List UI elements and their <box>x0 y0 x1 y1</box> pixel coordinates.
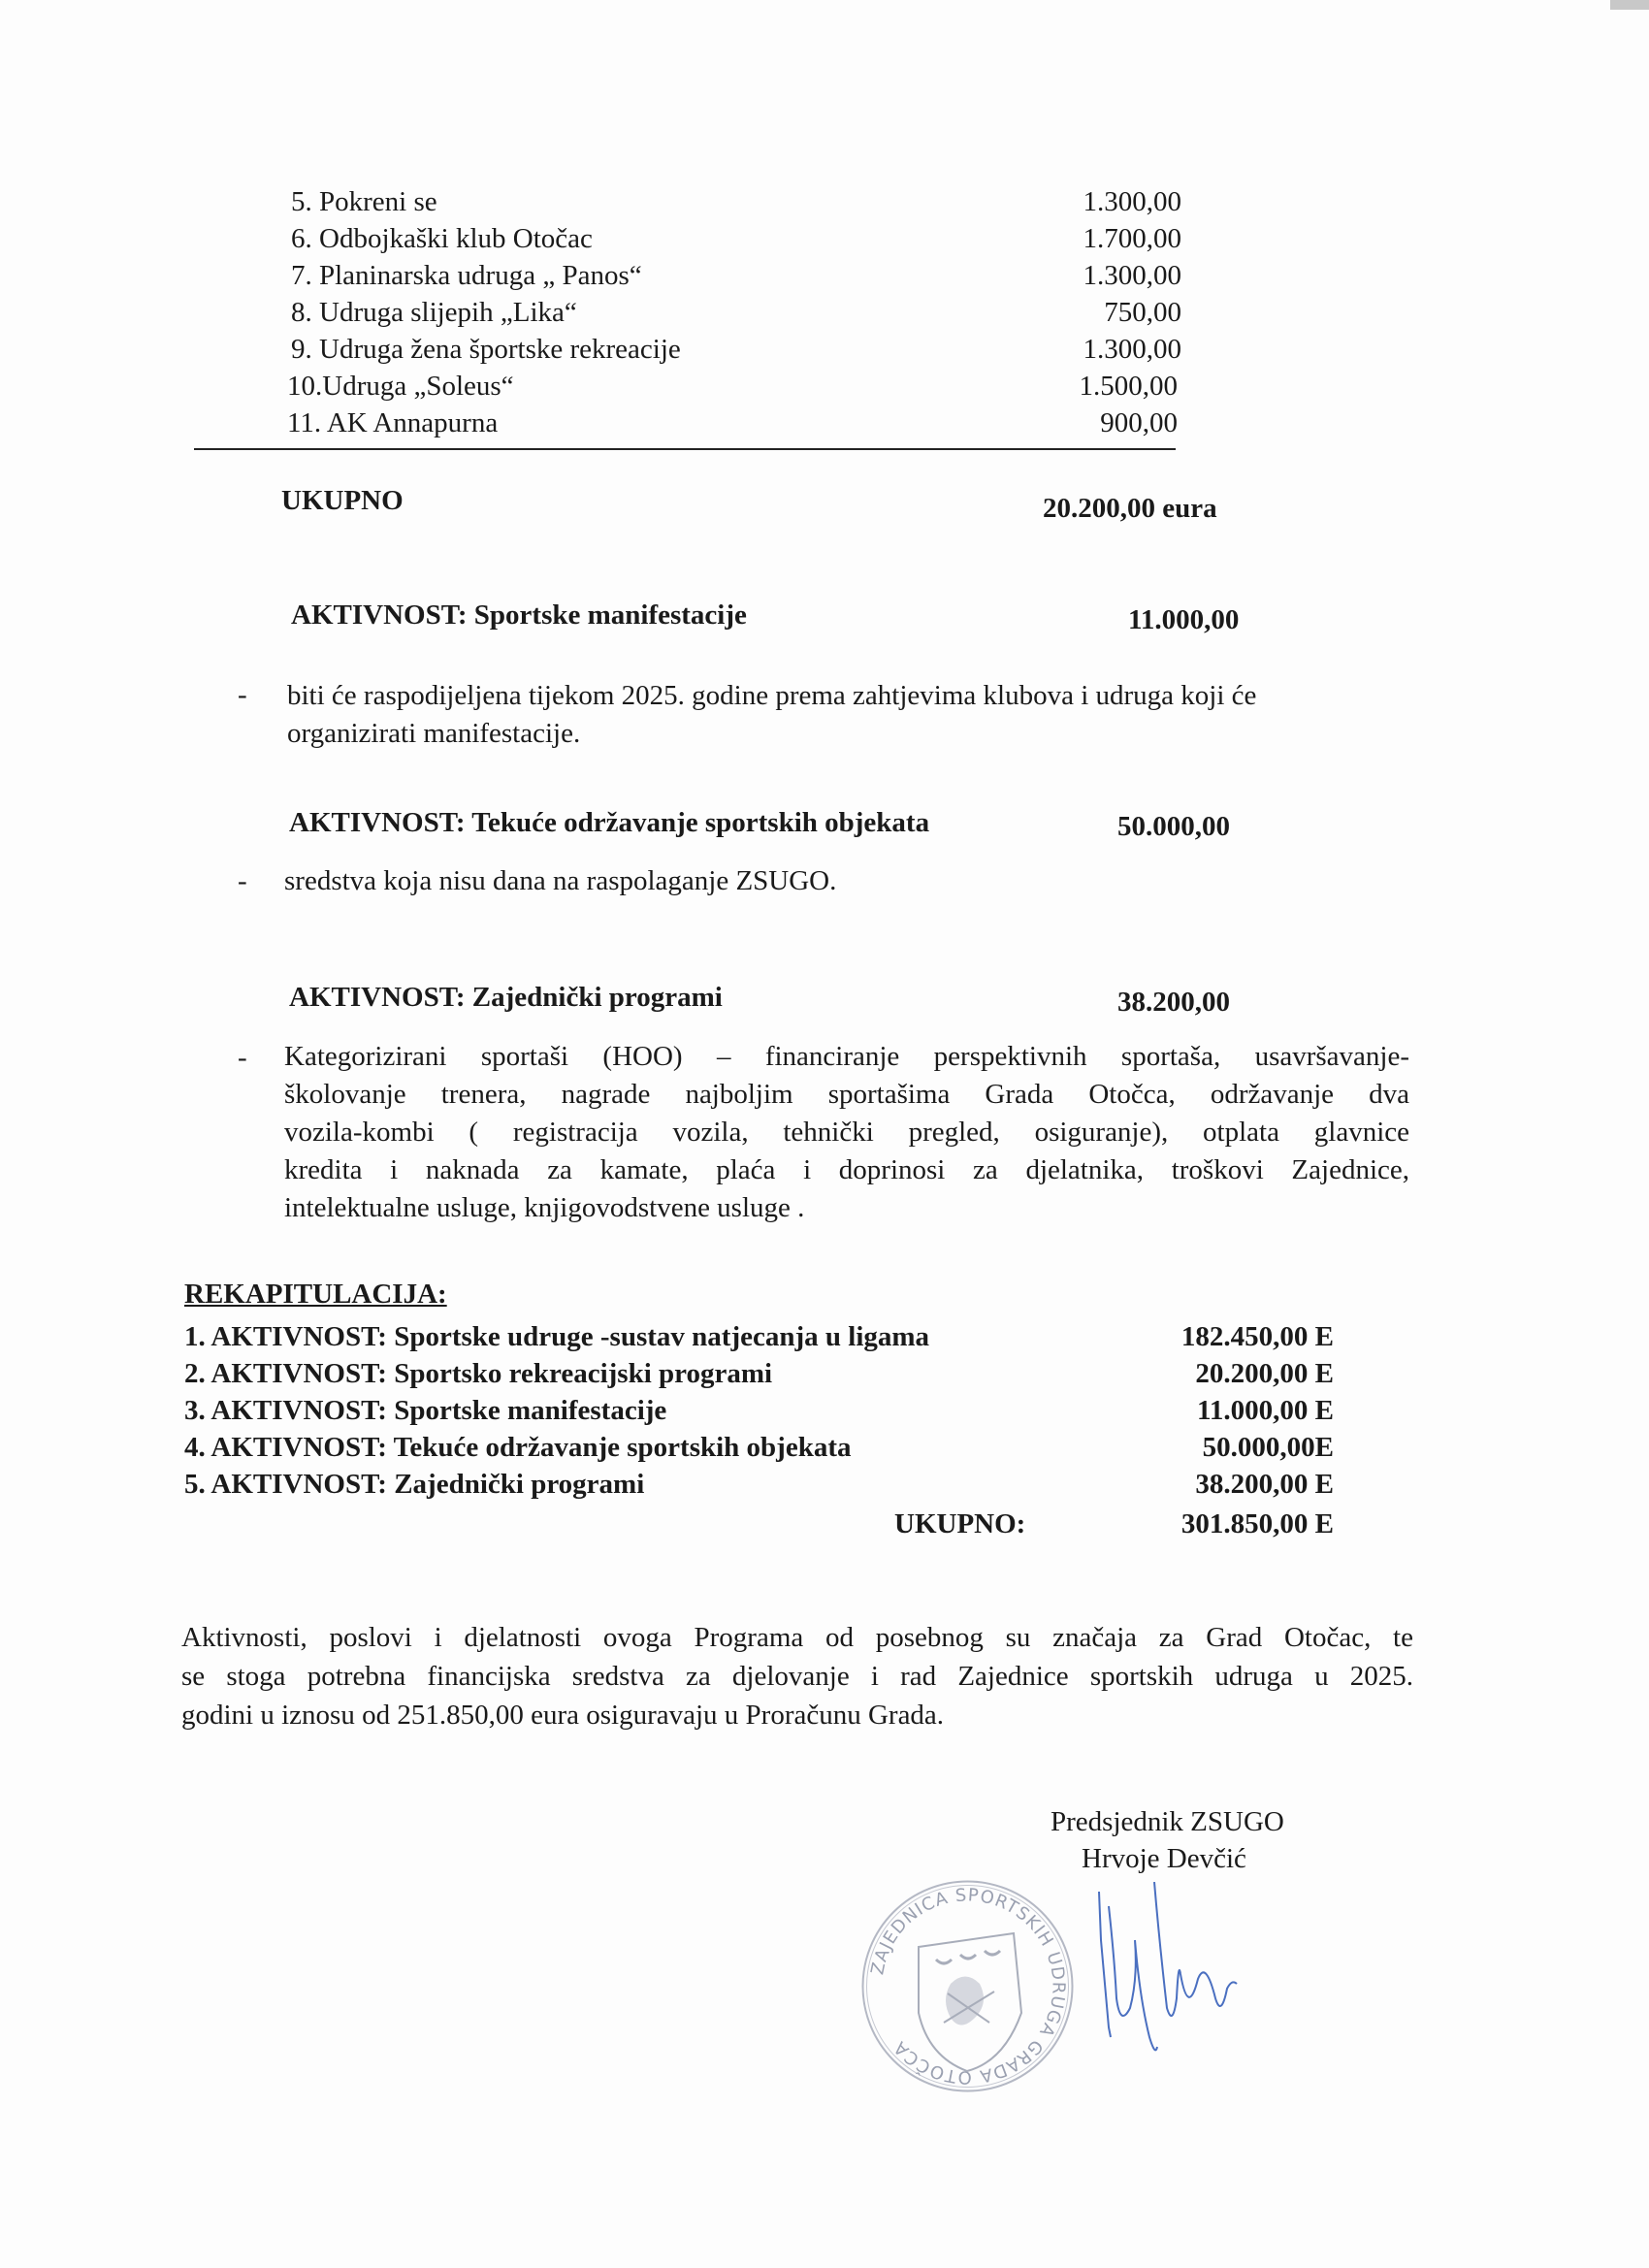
recap-amount: 20.200,00 E <box>1195 1358 1334 1390</box>
description-line: sredstva koja nisu dana na raspolaganje … <box>284 862 1409 900</box>
bullet-dash: - <box>238 679 247 711</box>
recap-amount: 182.450,00 E <box>1181 1321 1334 1353</box>
recap-row: 4. AKTIVNOST: Tekuće održavanje sportski… <box>184 1432 1334 1469</box>
recap-label: 4. AKTIVNOST: Tekuće održavanje sportski… <box>184 1432 852 1464</box>
item-amount: 900,00 <box>1100 407 1178 439</box>
recap-label: 5. AKTIVNOST: Zajednički programi <box>184 1469 644 1501</box>
item-amount: 1.300,00 <box>1083 186 1182 218</box>
item-amount: 1.300,00 <box>1083 260 1182 292</box>
description-line: intelektualne usluge, knjigovodstvene us… <box>284 1189 1409 1227</box>
item-label: 5. Pokreni se <box>291 186 437 218</box>
item-label: 10.Udruga „Soleus“ <box>287 371 514 403</box>
signatory-name: Hrvoje Devčić <box>1082 1843 1246 1875</box>
list-item: 10.Udruga „Soleus“ 1.500,00 <box>287 371 1178 407</box>
signatory-title: Predsjednik ZSUGO <box>1051 1806 1284 1838</box>
list-item: 11. AK Annapurna 900,00 <box>287 407 1178 444</box>
document-page: 5. Pokreni se 1.300,00 6. Odbojkaški klu… <box>0 0 1649 2268</box>
recap-amount: 50.000,00E <box>1203 1432 1334 1464</box>
closing-line: Aktivnosti, poslovi i djelatnosti ovoga … <box>181 1618 1413 1657</box>
recap-label: 3. AKTIVNOST: Sportske manifestacije <box>184 1395 666 1427</box>
item-amount: 1.700,00 <box>1083 223 1182 255</box>
recap-label: 1. AKTIVNOST: Sportske udruge -sustav na… <box>184 1321 929 1353</box>
item-label: 7. Planinarska udruga „ Panos“ <box>291 260 642 292</box>
item-amount: 750,00 <box>1104 297 1181 329</box>
items-total-label: UKUPNO <box>281 485 404 517</box>
closing-line: se stoga potrebna financijska sredstva z… <box>181 1657 1413 1696</box>
items-total-amount: 20.200,00 eura <box>1043 493 1217 525</box>
description-line: školovanje trenera, nagrade najboljim sp… <box>284 1076 1409 1114</box>
scan-edge <box>1610 0 1649 10</box>
recap-label: 2. AKTIVNOST: Sportsko rekreacijski prog… <box>184 1358 772 1390</box>
activity-title: AKTIVNOST: Tekuće održavanje sportskih o… <box>289 807 929 839</box>
description-line: biti će raspodijeljena tijekom 2025. god… <box>287 677 1412 715</box>
bullet-dash: - <box>238 1042 247 1074</box>
recap-title: REKAPITULACIJA: <box>184 1279 447 1311</box>
recap-total-label: UKUPNO: <box>894 1508 1025 1540</box>
description-line: Kategorizirani sportaši (HOO) – financir… <box>284 1038 1409 1076</box>
activity-title: AKTIVNOST: Zajednički programi <box>289 982 723 1014</box>
item-label: 11. AK Annapurna <box>287 407 498 439</box>
description-line: vozila-kombi ( registracija vozila, tehn… <box>284 1114 1409 1151</box>
item-label: 9. Udruga žena športske rekreacije <box>291 334 681 366</box>
list-item: 9. Udruga žena športske rekreacije 1.300… <box>291 334 1181 371</box>
bullet-dash: - <box>238 865 247 897</box>
handwritten-signature <box>1091 1882 1285 2066</box>
recap-amount: 11.000,00 E <box>1197 1395 1334 1427</box>
activity-description: biti će raspodijeljena tijekom 2025. god… <box>287 677 1412 753</box>
item-amount: 1.300,00 <box>1083 334 1182 366</box>
recap-row: 3. AKTIVNOST: Sportske manifestacije 11.… <box>184 1395 1334 1432</box>
activity-description: sredstva koja nisu dana na raspolaganje … <box>284 862 1409 900</box>
total-divider <box>194 448 1176 450</box>
list-item: 5. Pokreni se 1.300,00 <box>291 186 1181 223</box>
list-item: 8. Udruga slijepih „Lika“ 750,00 <box>291 297 1181 334</box>
official-stamp-icon: ZAJEDNICA SPORTSKIH UDRUGA GRADA OTOČCA <box>858 1877 1077 2095</box>
description-line: organizirati manifestacije. <box>287 715 1412 753</box>
item-label: 6. Odbojkaški klub Otočac <box>291 223 593 255</box>
closing-line: godini u iznosu od 251.850,00 eura osigu… <box>181 1696 1413 1734</box>
recap-row: 2. AKTIVNOST: Sportsko rekreacijski prog… <box>184 1358 1334 1395</box>
description-line: kredita i naknada za kamate, plaća i dop… <box>284 1151 1409 1189</box>
item-amount: 1.500,00 <box>1080 371 1179 403</box>
closing-paragraph: Aktivnosti, poslovi i djelatnosti ovoga … <box>181 1618 1413 1734</box>
recap-amount: 38.200,00 E <box>1195 1469 1334 1501</box>
activity-description: Kategorizirani sportaši (HOO) – financir… <box>284 1038 1409 1227</box>
activity-amount: 50.000,00 <box>1117 811 1230 843</box>
list-item: 7. Planinarska udruga „ Panos“ 1.300,00 <box>291 260 1181 297</box>
activity-title: AKTIVNOST: Sportske manifestacije <box>291 599 747 632</box>
activity-amount: 11.000,00 <box>1128 604 1239 636</box>
item-label: 8. Udruga slijepih „Lika“ <box>291 297 577 329</box>
recap-row: 1. AKTIVNOST: Sportske udruge -sustav na… <box>184 1321 1334 1358</box>
activity-amount: 38.200,00 <box>1117 987 1230 1019</box>
list-item: 6. Odbojkaški klub Otočac 1.700,00 <box>291 223 1181 260</box>
recap-row: 5. AKTIVNOST: Zajednički programi 38.200… <box>184 1469 1334 1506</box>
recap-total-amount: 301.850,00 E <box>1181 1508 1334 1540</box>
